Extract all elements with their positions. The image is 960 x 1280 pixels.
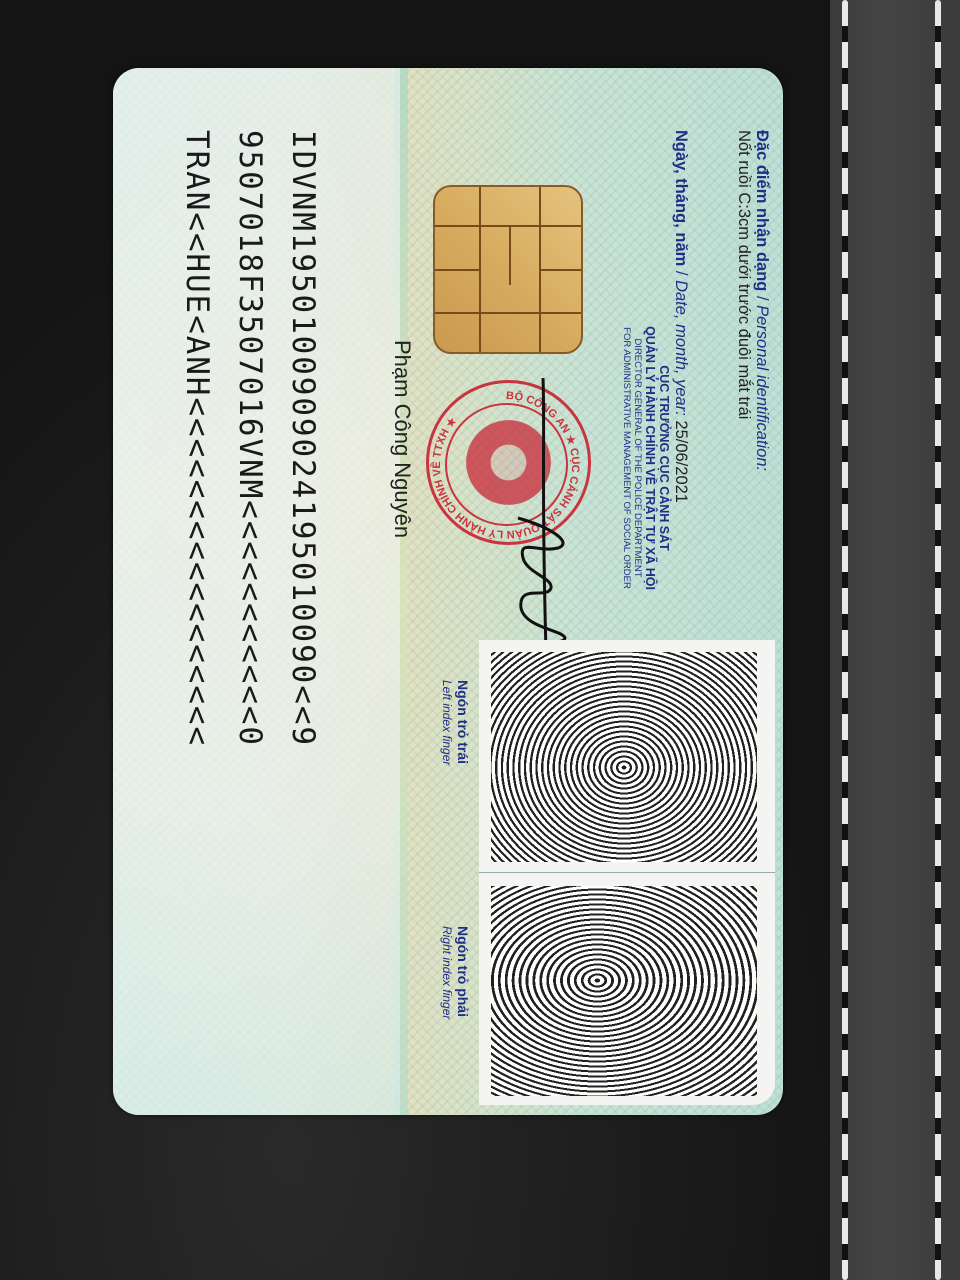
right-index-fingerprint <box>491 886 757 1096</box>
left-finger-label-vn: Ngón trỏ trái <box>455 680 471 765</box>
left-finger-label: Ngón trỏ trái Left index finger <box>439 680 471 765</box>
mrz-line-2: 9507018F3507016VNM<<<<<<<<<<<0 <box>232 130 268 1090</box>
issuer-title-vn-2: QUẢN LÝ HÀNH CHÍNH VỀ TRẬT TỰ XÃ HỘI <box>643 248 657 668</box>
mrz-line-3: TRAN<<HUE<ANH<<<<<<<<<<<<<<<<< <box>179 130 215 1090</box>
issue-date-value: 25/06/2021 <box>672 420 690 503</box>
stitching <box>842 0 848 1280</box>
issuer-title: CỤC TRƯỞNG CỤC CẢNH SÁT QUẢN LÝ HÀNH CHÍ… <box>621 248 671 668</box>
issue-date: Ngày, tháng, năm / Date, month, year: 25… <box>672 130 690 670</box>
right-finger-label-en: Right index finger <box>439 926 455 1019</box>
personal-identification: Đặc điểm nhận dạng / Personal identifica… <box>735 130 771 690</box>
smart-chip-icon <box>433 185 583 354</box>
issuer-title-en-1: DIRECTOR GENERAL OF THE POLICE DEPARTMEN… <box>632 248 643 668</box>
personal-id-value: Nốt ruồi C:3cm dưới trước đuôi mắt trái <box>735 130 753 690</box>
fingerprint-divider <box>479 872 775 873</box>
fingerprint-panel <box>479 640 775 1105</box>
personal-id-label-vn: Đặc điểm nhận dạng <box>753 130 771 291</box>
issue-date-label-vn: Ngày, tháng, năm <box>672 130 690 266</box>
left-finger-label-en: Left index finger <box>439 680 455 765</box>
issuer-title-vn-1: CỤC TRƯỞNG CỤC CẢNH SÁT <box>657 248 671 668</box>
personal-id-label-en: Personal identification: <box>753 305 771 471</box>
stitching <box>935 0 941 1280</box>
signer-name: Phạm Công Nguyên <box>389 340 415 660</box>
id-card-back: Đặc điểm nhận dạng / Personal identifica… <box>113 68 783 1115</box>
issue-date-label-en: Date, month, year: <box>672 280 690 416</box>
mrz-line-1: IDVNM1950100909024195010090<<9 <box>285 130 321 1090</box>
issuer-title-en-2: FOR ADMINISTRATIVE MANAGEMENT OF SOCIAL … <box>621 248 632 668</box>
left-index-fingerprint <box>491 652 757 862</box>
right-finger-label: Ngón trỏ phải Right index finger <box>439 926 471 1019</box>
right-finger-label-vn: Ngón trỏ phải <box>455 926 471 1019</box>
